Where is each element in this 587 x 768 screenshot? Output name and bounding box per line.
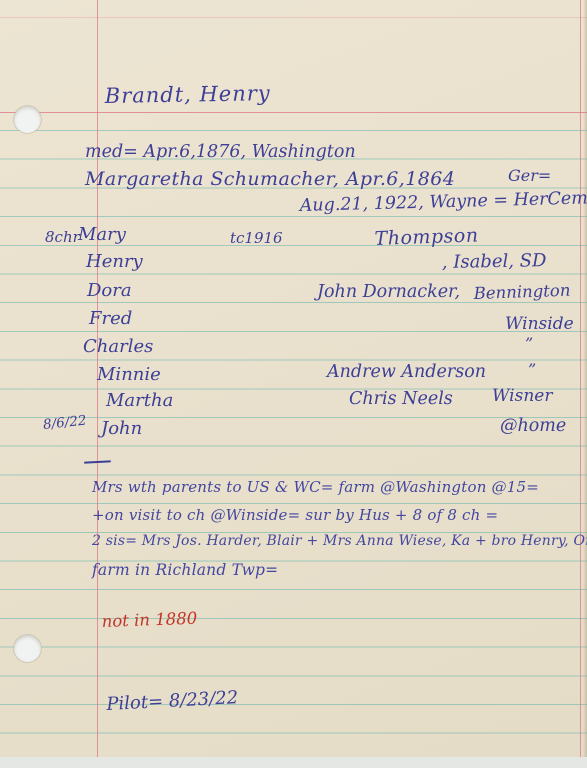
child-place-ditto-charles: ” bbox=[525, 334, 533, 353]
child-name-john: John bbox=[101, 418, 142, 440]
child-name-charles: Charles bbox=[83, 336, 153, 358]
scan-background-bottom bbox=[0, 757, 587, 768]
paper-right-edge bbox=[583, 0, 587, 757]
child-name-mary: Mary bbox=[78, 224, 126, 246]
right-margin-line bbox=[580, 0, 581, 757]
marriage-line: med= Apr.6,1876, Washington bbox=[85, 142, 356, 163]
child-name-martha: Martha bbox=[106, 390, 173, 412]
note-line-3: 2 sis= Mrs Jos. Harder, Blair + Mrs Anna… bbox=[92, 533, 587, 550]
child-name-dora: Dora bbox=[87, 280, 132, 302]
note-line-2: +on visit to ch @Winside= sur by Hus + 8… bbox=[92, 506, 498, 524]
census-red-note: not in 1880 bbox=[101, 609, 197, 632]
child-note-mary: tc1916 bbox=[230, 229, 283, 247]
wife-name-line: Margaretha Schumacher, Apr.6,1864 bbox=[85, 168, 455, 191]
wife-origin-note: Ger= bbox=[508, 166, 551, 185]
scanned-page: Brandt, Henry med= Apr.6,1876, Washingto… bbox=[0, 0, 587, 768]
child-place-fred: Winside bbox=[505, 314, 574, 334]
page-title: Brandt, Henry bbox=[105, 81, 271, 109]
child-spouse-minnie: Andrew Anderson bbox=[327, 362, 486, 383]
child-place-henry: , Isabel, SD bbox=[442, 250, 547, 273]
hole-punch-top bbox=[14, 106, 41, 133]
child-place-ditto-minnie: ” bbox=[528, 360, 536, 379]
child-place-john: @home bbox=[500, 416, 566, 437]
child-place-dora: Bennington bbox=[473, 281, 570, 304]
child-name-minnie: Minnie bbox=[97, 364, 161, 386]
child-spouse-dora: John Dornacker, bbox=[317, 282, 460, 303]
child-place-martha: Wisner bbox=[492, 386, 552, 406]
child-spouse-martha: Chris Neels bbox=[349, 389, 453, 410]
note-line-4: farm in Richland Twp= bbox=[92, 561, 278, 580]
faint-top-rule bbox=[0, 17, 587, 18]
child-spouse-mary: Thompson bbox=[374, 224, 479, 250]
red-header-rule bbox=[0, 112, 587, 113]
hole-punch-bottom bbox=[14, 635, 41, 662]
note-line-1: Mrs wth parents to US & WC= farm @Washin… bbox=[92, 478, 539, 496]
child-name-henry: Henry bbox=[86, 251, 143, 273]
children-count-label: 8chr bbox=[45, 228, 80, 246]
child-name-fred: Fred bbox=[89, 308, 132, 330]
